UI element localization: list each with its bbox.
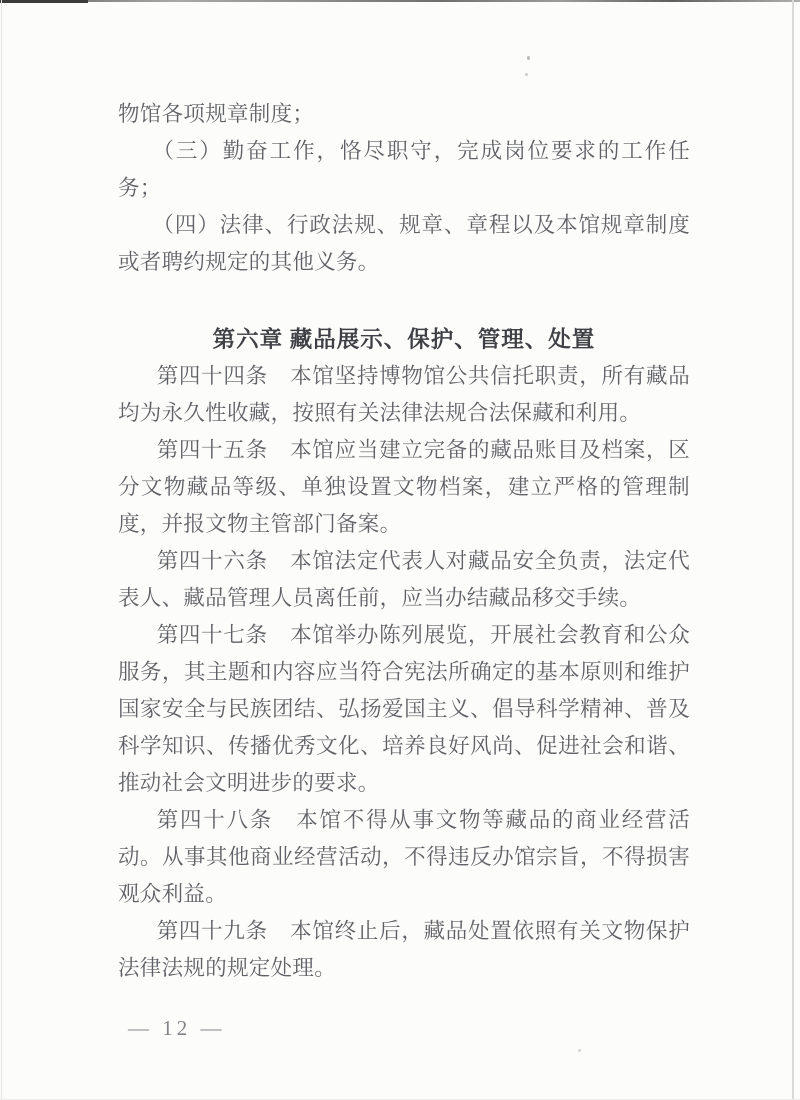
paragraph-continuation: 物馆各项规章制度；: [118, 96, 690, 133]
page-number: — 12 —: [128, 1014, 226, 1042]
scan-speckle: [527, 56, 530, 60]
scan-edge-top-left: [0, 0, 88, 3]
article-46: 第四十六条 本馆法定代表人对藏品安全负责，法定代表人、藏品管理人员离任前，应当办…: [118, 543, 690, 617]
scan-edge-right: [792, 0, 794, 1100]
article-49: 第四十九条 本馆终止后，藏品处置依照有关文物保护法律法规的规定处理。: [118, 913, 690, 987]
list-item-three: （三）勤奋工作，恪尽职守，完成岗位要求的工作任务；: [118, 133, 690, 207]
document-body: 物馆各项规章制度； （三）勤奋工作，恪尽职守，完成岗位要求的工作任务； （四）法…: [118, 96, 690, 987]
list-item-four: （四）法律、行政法规、规章、章程以及本馆规章制度或者聘约规定的其他义务。: [118, 207, 690, 281]
document-page: 物馆各项规章制度； （三）勤奋工作，恪尽职守，完成岗位要求的工作任务； （四）法…: [0, 0, 800, 1100]
article-47: 第四十七条 本馆举办陈列展览，开展社会教育和公众服务，其主题和内容应当符合宪法所…: [118, 617, 690, 802]
article-48: 第四十八条 本馆不得从事文物等藏品的商业经营活动。从事其他商业经营活动，不得违反…: [118, 802, 690, 913]
chapter-heading: 第六章 藏品展示、保护、管理、处置: [118, 321, 690, 358]
scan-speckle: [525, 73, 528, 76]
scan-edge-top: [0, 0, 800, 2]
article-44: 第四十四条 本馆坚持博物馆公共信托职责，所有藏品均为永久性收藏，按照有关法律法规…: [118, 358, 690, 432]
article-45: 第四十五条 本馆应当建立完备的藏品账目及档案，区分文物藏品等级、单独设置文物档案…: [118, 432, 690, 543]
scan-edge-left: [1, 0, 2, 1100]
scan-speckle: [578, 1049, 581, 1052]
